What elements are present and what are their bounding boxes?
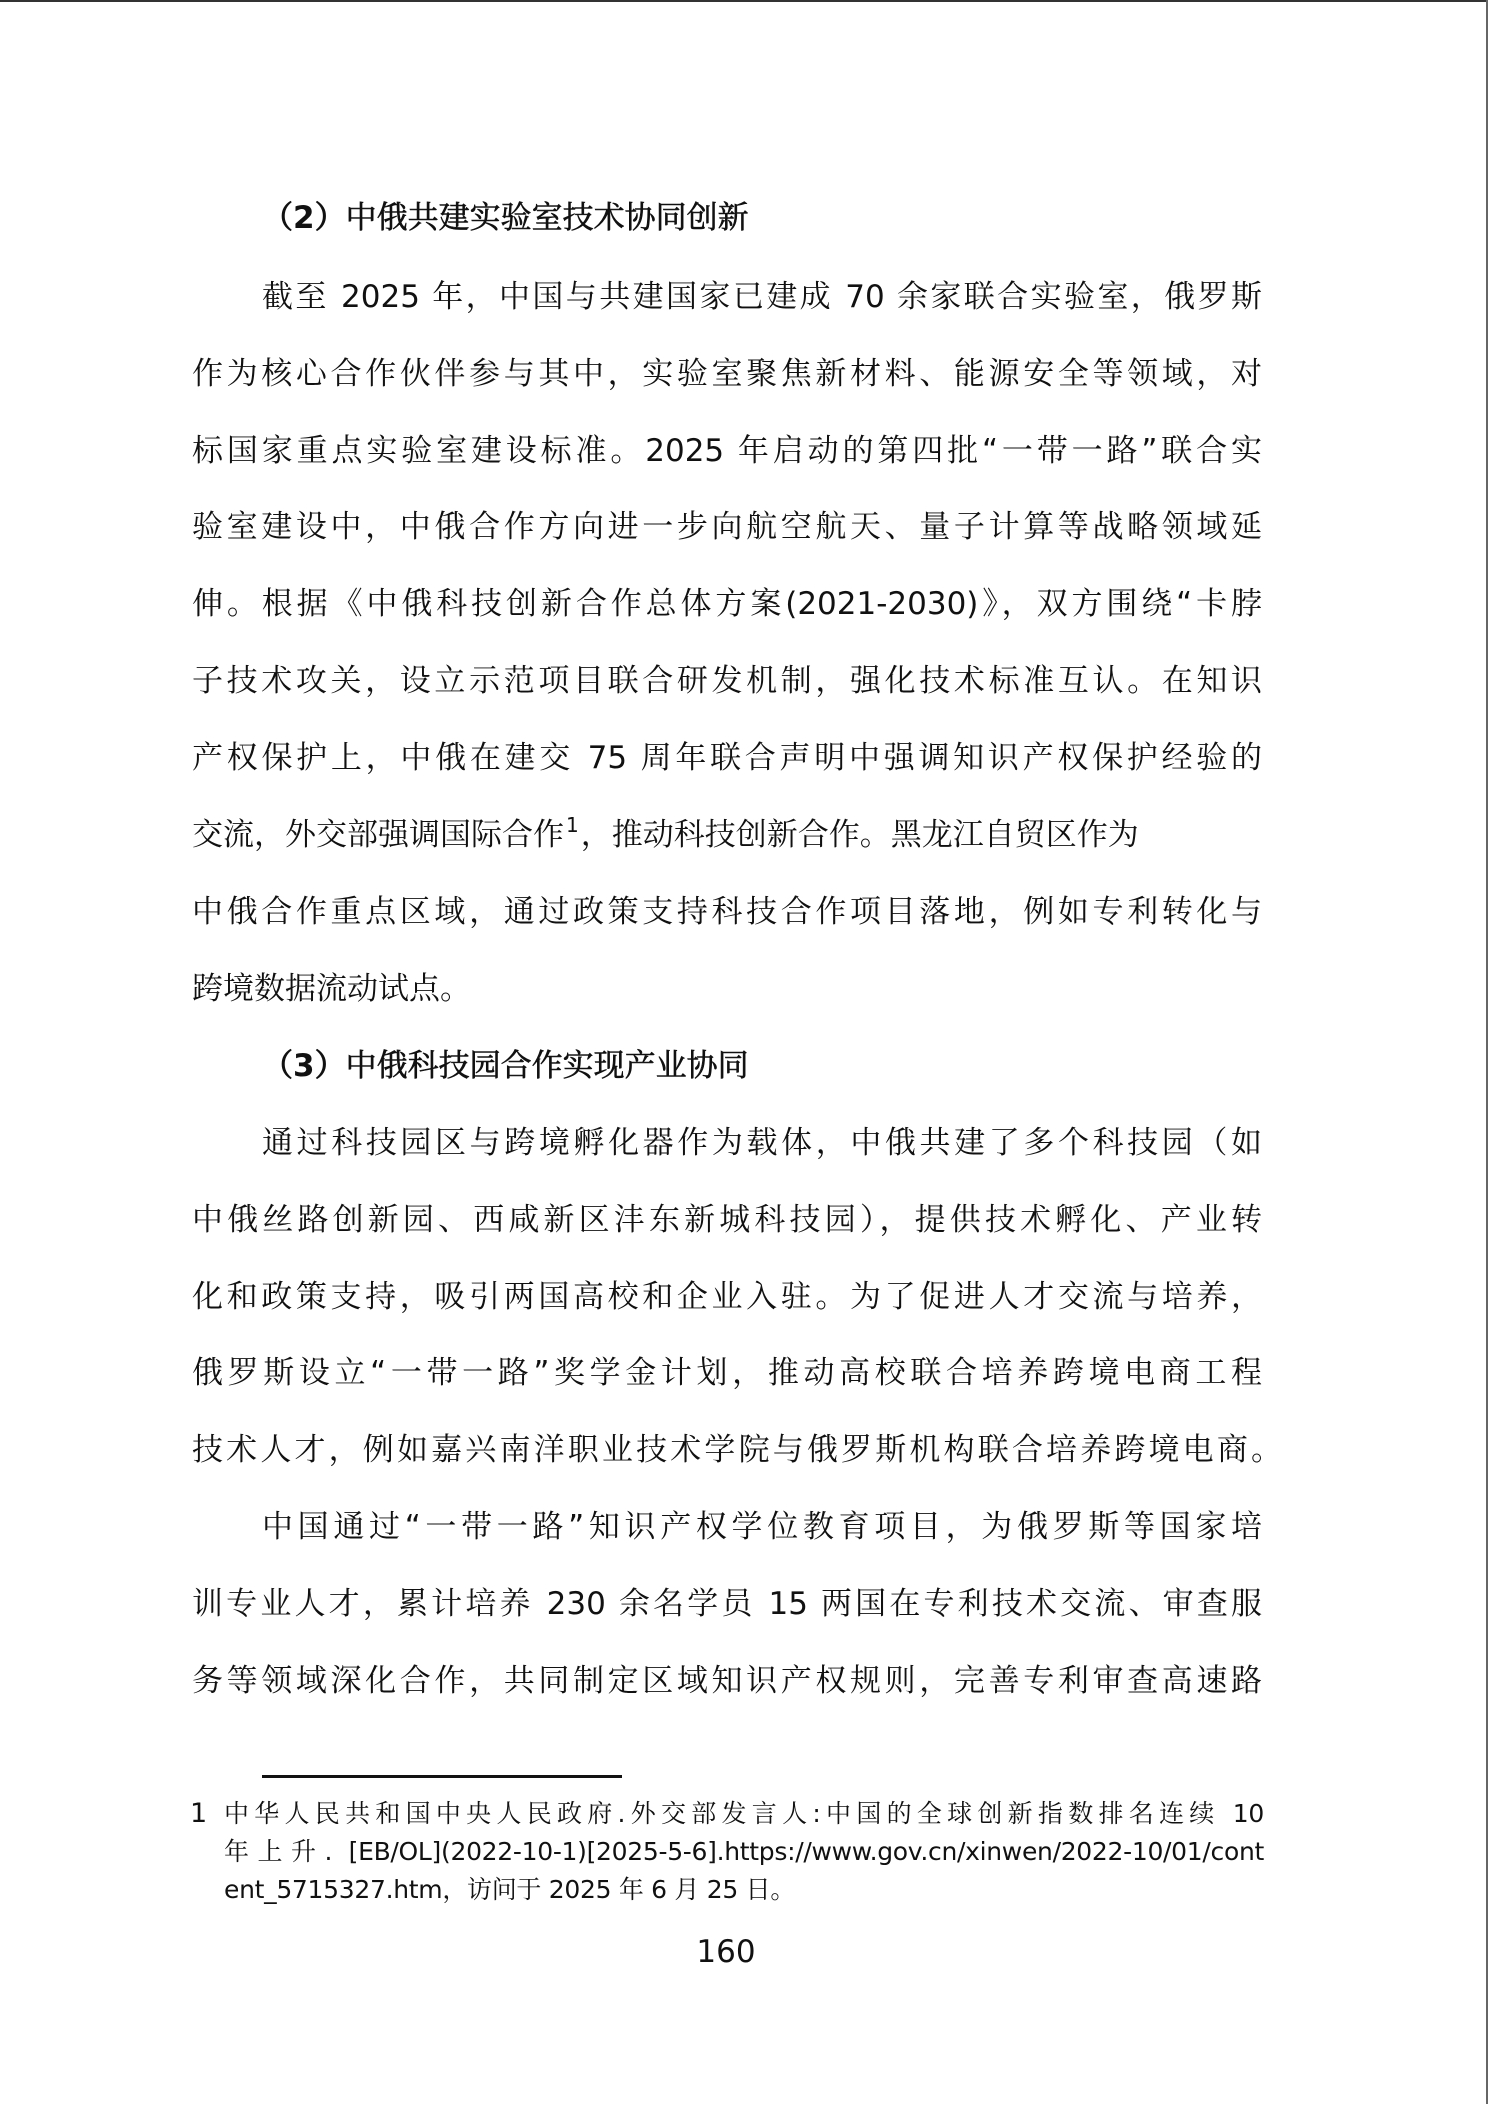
- section-title: 中俄共建实验室技术协同创新: [346, 200, 749, 236]
- body-line: 交流，外交部强调国际合作1，推动科技创新合作。黑龙江自贸区作为: [192, 815, 1262, 855]
- body-line: 标国家重点实验室建设标准。2025 年启动的第四批“一带一路”联合实: [192, 431, 1262, 471]
- body-line: 俄罗斯设立“一带一路”奖学金计划，推动高校联合培养跨境电商工程: [192, 1353, 1262, 1393]
- page-number: 160: [0, 1932, 1452, 1972]
- body-line: 中国通过“一带一路”知识产权学位教育项目，为俄罗斯等国家培: [262, 1507, 1262, 1547]
- body-line: 伸。根据《中俄科技创新合作总体方案(2021-2030)》，双方围绕“卡脖: [192, 584, 1262, 624]
- body-line: 中俄丝路创新园、西咸新区沣东新城科技园），提供技术孵化、产业转: [192, 1200, 1262, 1240]
- document-page: （2）中俄共建实验室技术协同创新 截至 2025 年，中国与共建国家已建成 70…: [0, 0, 1488, 2104]
- body-line: 通过科技园区与跨境孵化器作为载体，中俄共建了多个科技园（如: [262, 1123, 1262, 1163]
- body-line: 化和政策支持，吸引两国高校和企业入驻。为了促进人才交流与培养，: [192, 1277, 1262, 1317]
- section-heading-2: （2）中俄共建实验室技术协同创新: [262, 198, 749, 238]
- footnote-reference[interactable]: 1: [566, 813, 579, 837]
- footnote-line[interactable]: 年上升. [EB/OL](2022-10-1)[2025-5-6].https:…: [224, 1833, 1264, 1871]
- body-line: 中俄合作重点区域，通过政策支持科技合作项目落地，例如专利转化与: [192, 892, 1262, 932]
- body-text: 交流，外交部强调国际合作: [192, 817, 564, 853]
- body-line: 作为核心合作伙伴参与其中，实验室聚焦新材料、能源安全等领域，对: [192, 354, 1262, 394]
- section-title: 中俄科技园合作实现产业协同: [346, 1048, 749, 1084]
- section-number: （3）: [262, 1048, 346, 1084]
- body-line: 技术人才，例如嘉兴南洋职业技术学院与俄罗斯机构联合培养跨境电商。: [192, 1430, 1282, 1470]
- body-line: 截至 2025 年，中国与共建国家已建成 70 余家联合实验室，俄罗斯: [262, 277, 1262, 317]
- body-line: 训专业人才，累计培养 230 余名学员 15 两国在专利技术交流、审查服: [192, 1584, 1262, 1624]
- body-line: 子技术攻关，设立示范项目联合研发机制，强化技术标准互认。在知识: [192, 661, 1262, 701]
- body-line: 产权保护上，中俄在建交 75 周年联合声明中强调知识产权保护经验的: [192, 738, 1262, 778]
- body-line: 验室建设中，中俄合作方向进一步向航空航天、量子计算等战略领域延: [192, 507, 1262, 547]
- footnote-line: ent_5715327.htm，访问于 2025 年 6 月 25 日。: [224, 1871, 1264, 1909]
- body-line: 务等领域深化合作，共同制定区域知识产权规则，完善专利审查高速路: [192, 1661, 1262, 1701]
- footnote-number: 1: [190, 1795, 207, 1833]
- page-top-border: [0, 0, 1488, 2]
- footnote-line: 中华人民共和国中央人民政府.外交部发言人:中国的全球创新指数排名连续 10: [224, 1795, 1264, 1833]
- body-line: 跨境数据流动试点。: [192, 969, 1262, 1009]
- footnote-separator: [262, 1775, 622, 1778]
- body-text: ，推动科技创新合作。黑龙江自贸区作为: [581, 817, 1139, 853]
- section-heading-3: （3）中俄科技园合作实现产业协同: [262, 1046, 749, 1086]
- section-number: （2）: [262, 200, 346, 236]
